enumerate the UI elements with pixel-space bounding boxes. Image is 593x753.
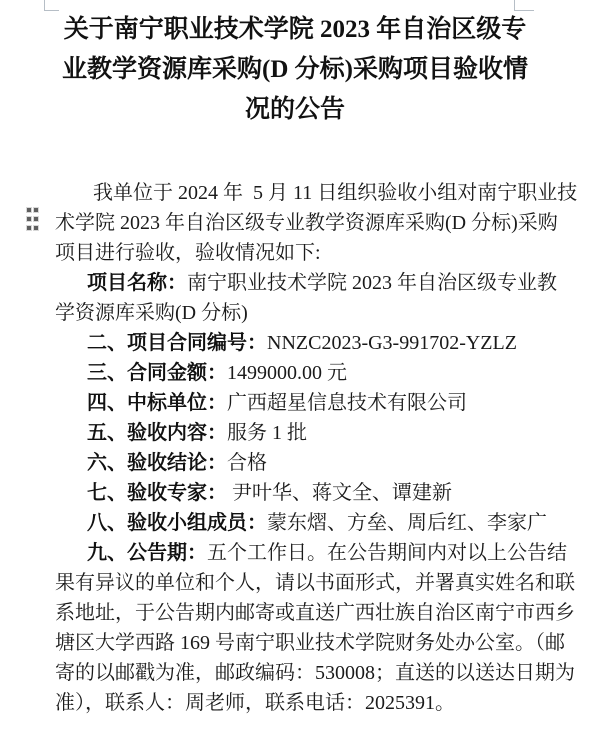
item-value: 广西超星信息技术有限公司 — [227, 392, 467, 414]
item-value: NNZC2023-G3-991702-YZLZ — [267, 332, 517, 354]
text-area: 关于南宁职业技术学院 2023 年自治区级专 业教学资源库采购(D 分标)采购项… — [55, 0, 535, 718]
item-winning-bidder: 四、中标单位：广西超星信息技术有限公司 — [55, 388, 535, 418]
item-project-name-cont: 学资源库采购(D 分标) — [55, 298, 535, 328]
title-line: 业教学资源库采购(D 分标)采购项目验收情 — [55, 50, 535, 90]
item-value: 南宁职业技术学院 2023 年自治区级专业教 — [187, 272, 557, 294]
item-value: 五个工作日。在公告期间内对以上公告结 — [207, 542, 567, 564]
item-project-name: 项目名称：南宁职业技术学院 2023 年自治区级专业教 — [55, 268, 535, 298]
intro-text: 项目进行验收，验收情况如下: — [55, 242, 321, 264]
item-value: 塘区大学西路 169 号南宁职业技术学院财务处办公室。（邮 — [55, 632, 565, 654]
item-acceptance-content: 五、验收内容：服务 1 批 — [55, 418, 535, 448]
item-announcement-period-cont: 系地址，于公告期内邮寄或直送广西壮族自治区南宁市西乡 — [55, 598, 535, 628]
intro-line: 我单位于 2024 年 5 月 11 日组织验收小组对南宁职业技 — [55, 178, 535, 208]
drag-handle-dot — [27, 226, 31, 230]
drag-handle-dot — [27, 208, 31, 212]
item-announcement-period-cont: 果有异议的单位和个人，请以书面形式，并署真实姓名和联 — [55, 568, 535, 598]
item-contract-amount: 三、合同金额：1499000.00 元 — [55, 358, 535, 388]
item-value: 学资源库采购(D 分标) — [55, 302, 248, 324]
item-value: 果有异议的单位和个人，请以书面形式，并署真实姓名和联 — [55, 572, 575, 594]
drag-handle-dot — [34, 208, 38, 212]
item-value: 准），联系人：周老师，联系电话：2025391。 — [55, 692, 455, 714]
title-line: 关于南宁职业技术学院 2023 年自治区级专 — [55, 10, 535, 50]
item-label: 项目名称： — [87, 272, 187, 294]
intro-text: 我单位于 2024 年 5 月 11 日组织验收小组对南宁职业技 — [93, 182, 577, 204]
item-announcement-period-cont: 寄的以邮戳为准，邮政编码：530008；直送的以送达日期为 — [55, 658, 535, 688]
item-label: 三、合同金额： — [87, 362, 227, 384]
item-announcement-period-cont: 准），联系人：周老师，联系电话：2025391。 — [55, 688, 535, 718]
document-page: 关于南宁职业技术学院 2023 年自治区级专 业教学资源库采购(D 分标)采购项… — [0, 0, 593, 753]
item-value: 系地址，于公告期内邮寄或直送广西壮族自治区南宁市西乡 — [55, 602, 575, 624]
item-label: 二、项目合同编号： — [87, 332, 267, 354]
drag-handle-dot — [34, 217, 38, 221]
item-label: 九、公告期： — [87, 542, 207, 564]
item-announcement-period-cont: 塘区大学西路 169 号南宁职业技术学院财务处办公室。（邮 — [55, 628, 535, 658]
item-acceptance-conclusion: 六、验收结论：合格 — [55, 448, 535, 478]
drag-handle-icon[interactable] — [27, 208, 38, 230]
item-label: 八、验收小组成员： — [87, 512, 267, 534]
item-acceptance-team: 八、验收小组成员：蒙东熠、方垒、周后红、李家广 — [55, 508, 535, 538]
item-contract-number: 二、项目合同编号：NNZC2023-G3-991702-YZLZ — [55, 328, 535, 358]
item-label: 五、验收内容： — [87, 422, 227, 444]
item-announcement-period: 九、公告期：五个工作日。在公告期间内对以上公告结 — [55, 538, 535, 568]
drag-handle-dot — [27, 217, 31, 221]
intro-text: 术学院 2023 年自治区级专业教学资源库采购(D 分标)采购 — [55, 212, 558, 234]
item-value: 1499000.00 元 — [227, 362, 347, 384]
page-title: 关于南宁职业技术学院 2023 年自治区级专 业教学资源库采购(D 分标)采购项… — [55, 0, 535, 130]
intro-line: 项目进行验收，验收情况如下: — [55, 238, 535, 268]
item-value: 合格 — [227, 452, 267, 474]
item-value: 尹叶华、蒋文全、谭建新 — [227, 482, 452, 504]
document-body: 我单位于 2024 年 5 月 11 日组织验收小组对南宁职业技 术学院 202… — [55, 130, 535, 718]
item-label: 六、验收结论： — [87, 452, 227, 474]
drag-handle-dot — [34, 226, 38, 230]
intro-line: 术学院 2023 年自治区级专业教学资源库采购(D 分标)采购 — [55, 208, 535, 238]
title-line: 况的公告 — [55, 90, 535, 130]
item-label: 四、中标单位： — [87, 392, 227, 414]
item-value: 蒙东熠、方垒、周后红、李家广 — [267, 512, 547, 534]
item-label: 七、验收专家： — [87, 482, 227, 504]
item-acceptance-experts: 七、验收专家： 尹叶华、蒋文全、谭建新 — [55, 478, 535, 508]
item-value: 服务 1 批 — [227, 422, 307, 444]
item-value: 寄的以邮戳为准，邮政编码：530008；直送的以送达日期为 — [55, 662, 575, 684]
